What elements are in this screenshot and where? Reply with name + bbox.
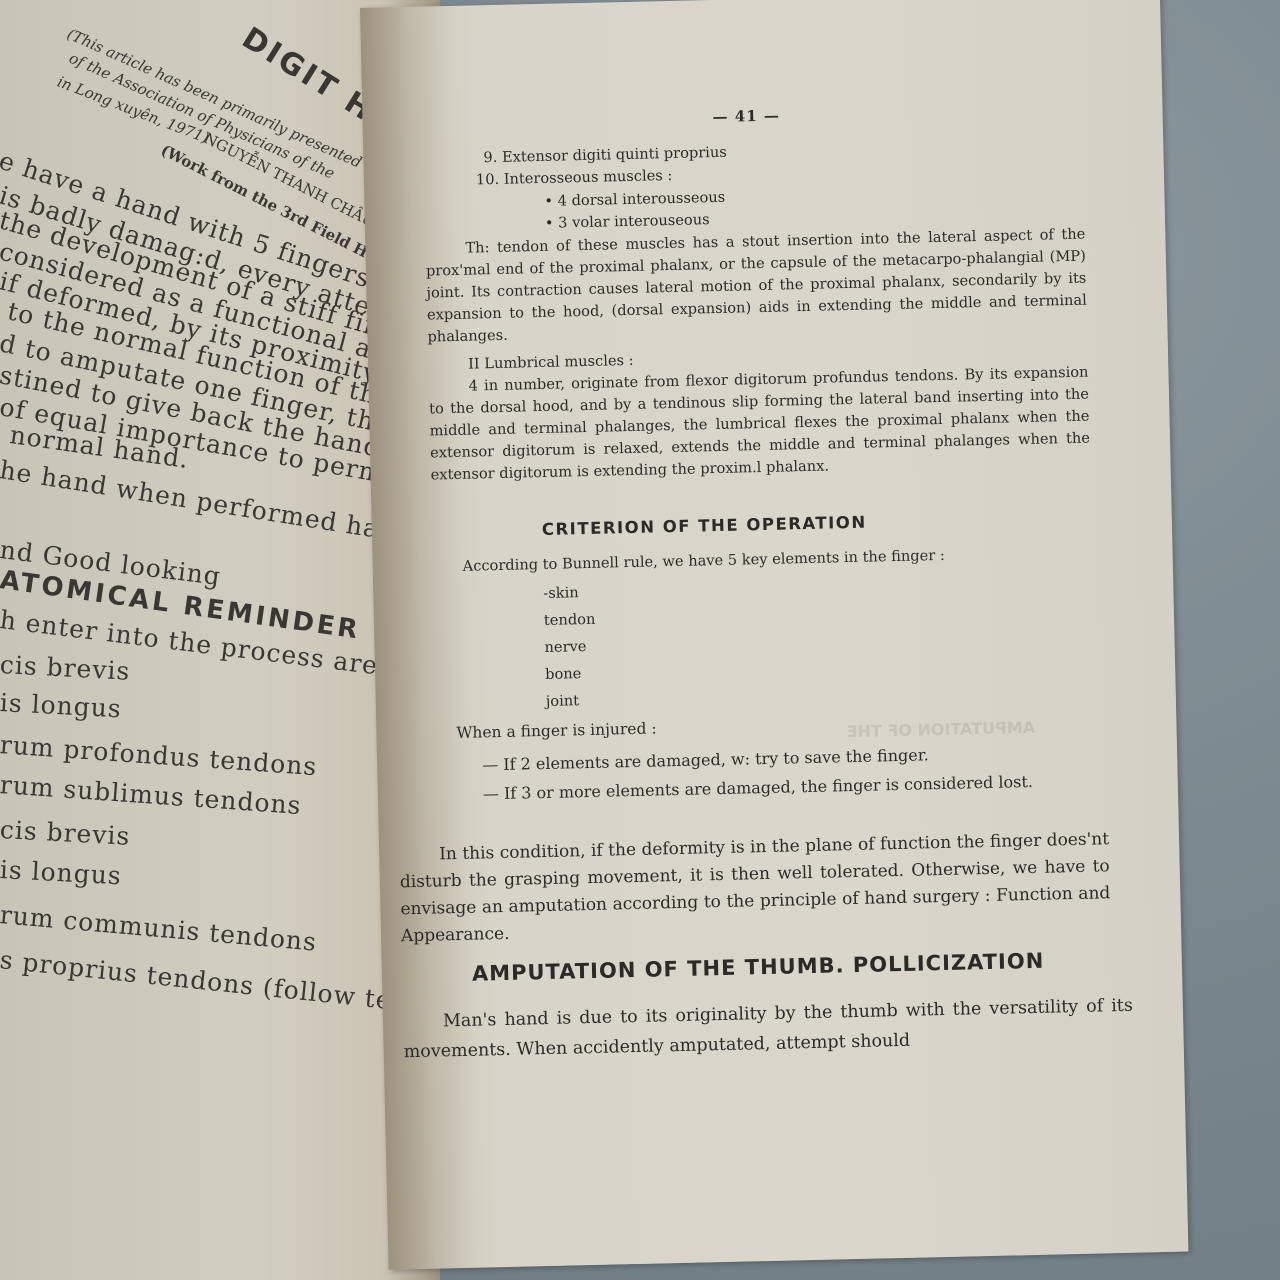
page-number: — 41 — xyxy=(712,105,780,129)
right-page: AMPUTATION OF THE — 41 — 9. Extensor dig… xyxy=(360,0,1188,1270)
left-list-item: cis brevis xyxy=(0,650,131,686)
left-list-item: s proprius tendons (follow tendo xyxy=(0,945,440,1020)
left-list-item: is longus xyxy=(0,688,122,723)
paragraph-thumb: Man's hand is due to its originality by … xyxy=(403,991,1134,1068)
left-list-item: rum communis tendons xyxy=(0,900,318,957)
left-list-item: is longus xyxy=(0,855,122,890)
heading-thumb-amputation: AMPUTATION OF THE THUMB. POLLICIZATION xyxy=(472,948,1132,985)
heading-criterion: CRITERION OF THE OPERATION xyxy=(432,504,1202,543)
left-list-item: cis brevis xyxy=(0,815,131,851)
paragraph-condition: In this condition, if the deformity is i… xyxy=(399,826,1111,950)
left-list-item: rum sublimus tendons xyxy=(0,770,302,820)
paragraph-interosseous: Th: tendon of these muscles has a stout … xyxy=(425,224,1087,349)
paragraph-lumbrical: 4 in number, originate from flexor digit… xyxy=(428,362,1090,487)
